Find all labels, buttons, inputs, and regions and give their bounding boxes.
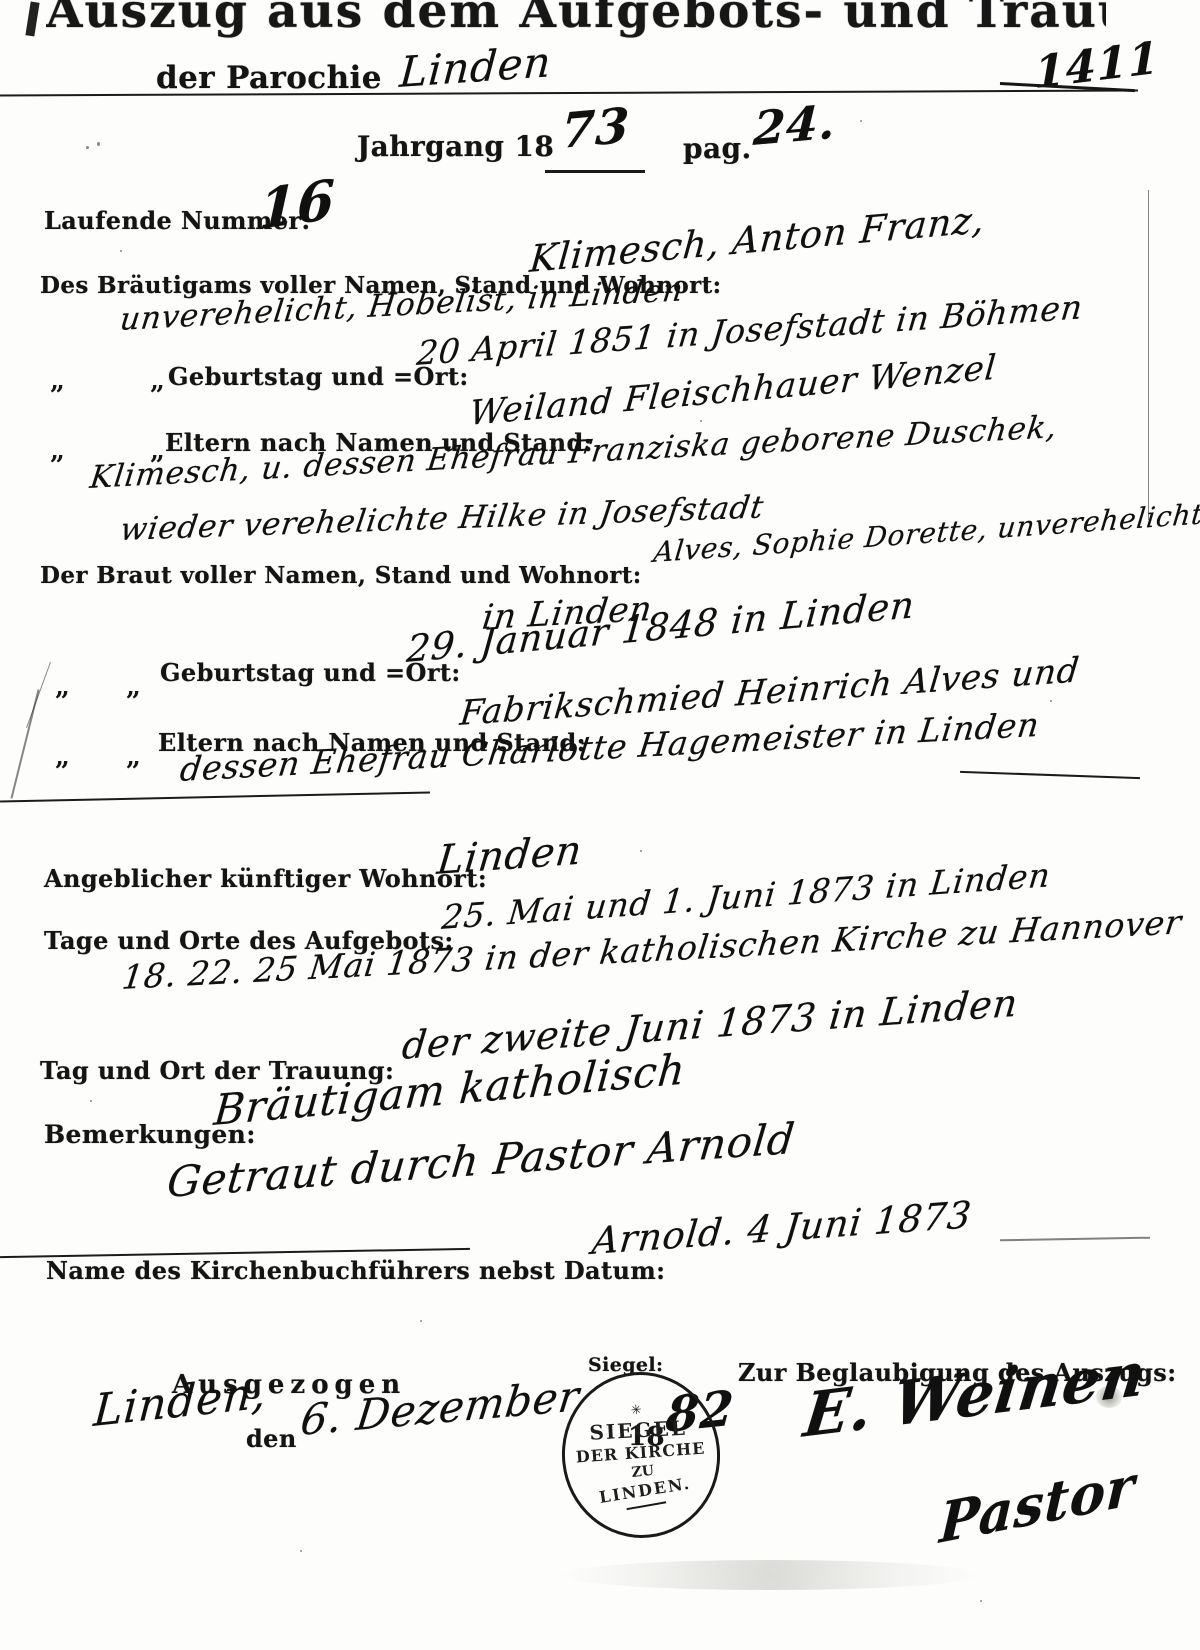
- scan-speck: [120, 250, 122, 252]
- page-fold-mark: [26, 662, 51, 728]
- pastor-signature-handwritten: E. Weinen: [800, 1339, 1150, 1452]
- stamp-line3: ZU: [631, 1461, 655, 1481]
- ditto-mark: „: [50, 366, 65, 396]
- wohnort-label: Angeblicher künftiger Wohnort:: [44, 864, 487, 893]
- trauung-value-handwritten: der zweite Juni 1873 in Linden: [400, 981, 1020, 1068]
- scan-speck: [860, 120, 862, 122]
- parochie-value-handwritten: Linden: [398, 37, 553, 97]
- scan-rule-fragment: [960, 771, 1140, 779]
- wohnort-value-handwritten: Linden: [435, 827, 584, 884]
- parochie-label: der Parochie: [156, 60, 382, 96]
- scan-speck: [640, 850, 642, 852]
- den-label: den: [246, 1424, 297, 1453]
- jahrgang-underline: [545, 170, 645, 173]
- scan-speck: [97, 142, 100, 146]
- scan-speck: [86, 146, 89, 149]
- ditto-mark: „: [55, 672, 70, 702]
- jahrgang-value-handwritten: 73: [560, 98, 631, 160]
- braeutigam-name-line1-handwritten: Klimesch, Anton Franz,: [528, 198, 987, 281]
- laufende-nummer-value-handwritten: 16: [258, 166, 336, 242]
- scan-rule-fragment: [0, 791, 430, 802]
- footer-rule-fragment: [1000, 1237, 1150, 1242]
- scan-line-artifact: [1148, 190, 1149, 520]
- scan-speck: [980, 1600, 982, 1602]
- scanned-church-register-extract: Auszug aus dem Aufgebots- und Trauungsbu…: [0, 0, 1200, 1650]
- braut-name-label: Der Braut voller Namen, Stand und Wohnor…: [40, 562, 642, 589]
- scan-speck: [1050, 700, 1052, 702]
- scan-shadow: [560, 1560, 980, 1590]
- scan-speck: [700, 420, 702, 422]
- ditto-mark: „: [126, 742, 141, 772]
- pag-value-handwritten: 24.: [752, 94, 837, 156]
- scan-corner-mark: [25, 2, 39, 37]
- pastor-title-handwritten: Pastor: [938, 1452, 1137, 1556]
- scan-speck: [300, 1550, 302, 1552]
- ausstellungsort-handwritten: Linden,: [92, 1367, 268, 1437]
- ditto-mark: „: [50, 436, 65, 466]
- scan-speck: [420, 1320, 422, 1322]
- ditto-mark: „: [55, 742, 70, 772]
- ditto-mark: „: [150, 366, 165, 396]
- scan-speck: [90, 1100, 92, 1102]
- document-title: Auszug aus dem Aufgebots- und Trauungsbu…: [46, 0, 1106, 39]
- braut-geburtstag-value-handwritten: 29. Januar 1848 in Linden: [405, 583, 917, 671]
- jahrgang-label: Jahrgang 18: [357, 130, 554, 163]
- pag-label: pag.: [683, 132, 752, 165]
- page-fold-mark: [10, 689, 39, 798]
- kirchenbuchfuehrer-value-handwritten: Arnold. 4 Juni 1873: [590, 1193, 974, 1263]
- kirchenbuchfuehrer-label: Name des Kirchenbuchführers nebst Datum:: [46, 1256, 665, 1285]
- stamp-star-icon: ✳: [630, 1403, 642, 1418]
- ditto-mark: „: [126, 672, 141, 702]
- document-title-clipped: Auszug aus dem Aufgebots- und Trauungsbu…: [46, 0, 1106, 52]
